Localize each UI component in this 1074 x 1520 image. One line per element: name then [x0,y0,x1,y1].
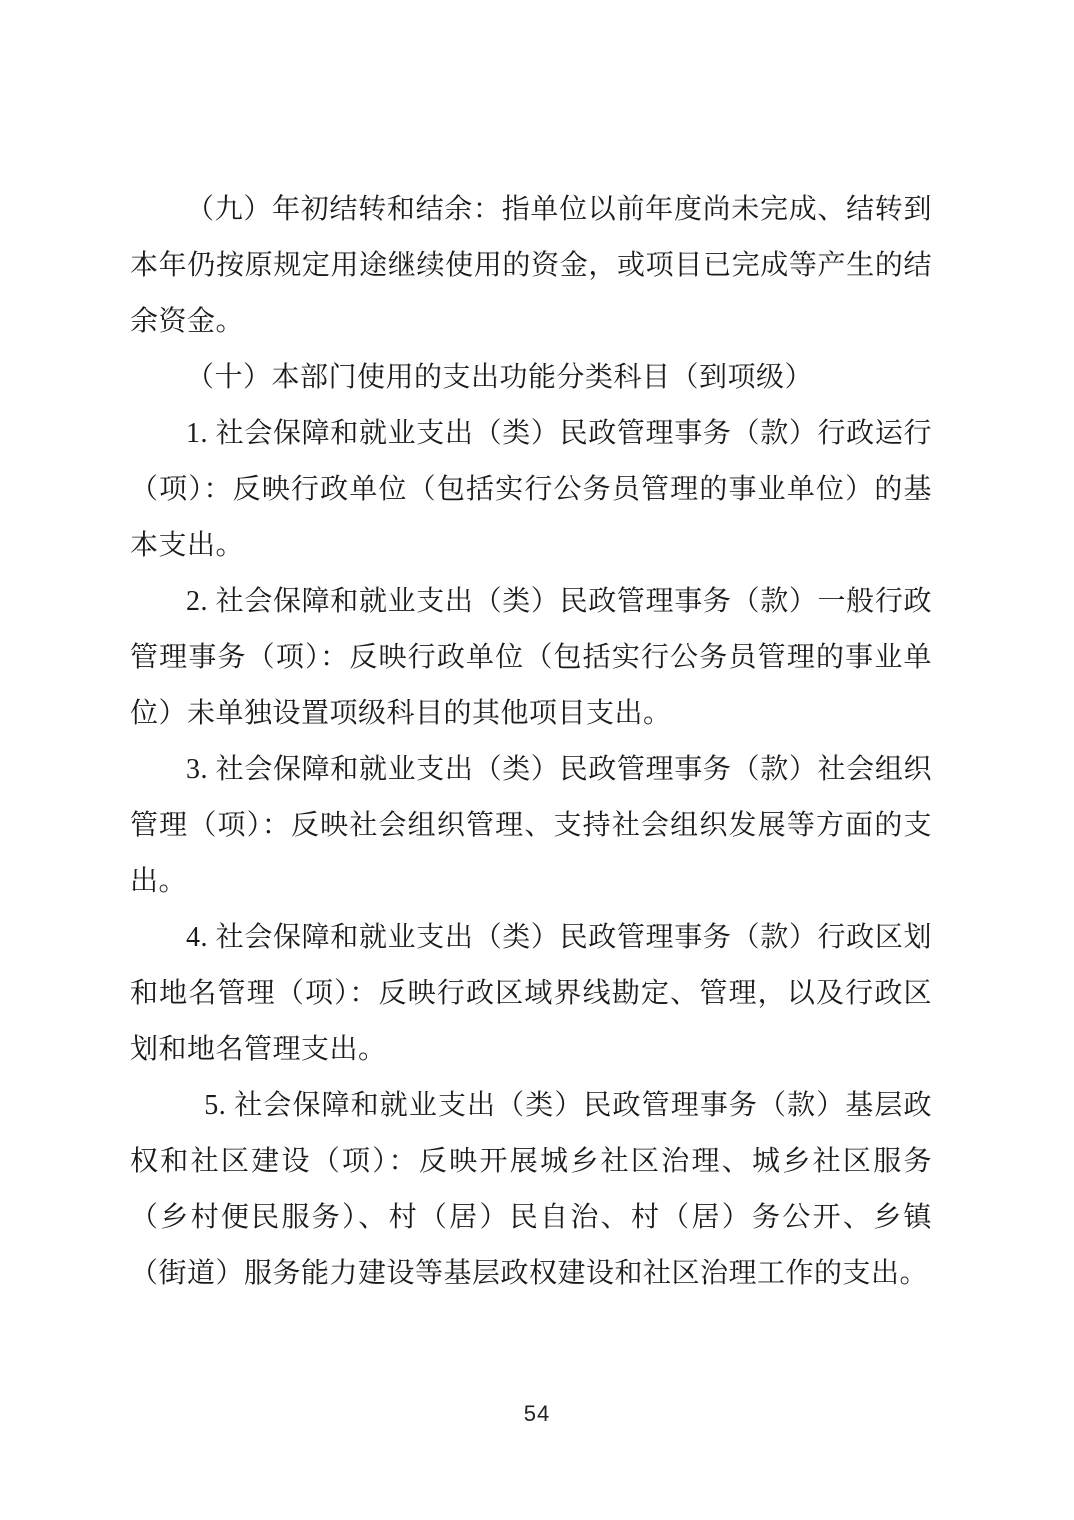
page-footer: 54 [0,1400,1074,1428]
document-page: （九）年初结转和结余：指单位以前年度尚未完成、结转到本年仍按原规定用途继续使用的… [0,0,1074,1520]
page-number: 54 [524,1401,550,1426]
document-body: （九）年初结转和结余：指单位以前年度尚未完成、结转到本年仍按原规定用途继续使用的… [130,182,932,1302]
paragraph: 4. 社会保障和就业支出（类）民政管理事务（款）行政区划和地名管理（项）：反映行… [130,910,932,1078]
paragraph: 3. 社会保障和就业支出（类）民政管理事务（款）社会组织管理（项）：反映社会组织… [130,742,932,910]
paragraph: 1. 社会保障和就业支出（类）民政管理事务（款）行政运行（项）：反映行政单位（包… [130,406,932,574]
paragraph: 2. 社会保障和就业支出（类）民政管理事务（款）一般行政管理事务（项）：反映行政… [130,574,932,742]
paragraph: （十）本部门使用的支出功能分类科目（到项级） [130,350,932,406]
paragraph: 5. 社会保障和就业支出（类）民政管理事务（款）基层政权和社区建设（项）：反映开… [130,1078,932,1302]
paragraph: （九）年初结转和结余：指单位以前年度尚未完成、结转到本年仍按原规定用途继续使用的… [130,182,932,350]
